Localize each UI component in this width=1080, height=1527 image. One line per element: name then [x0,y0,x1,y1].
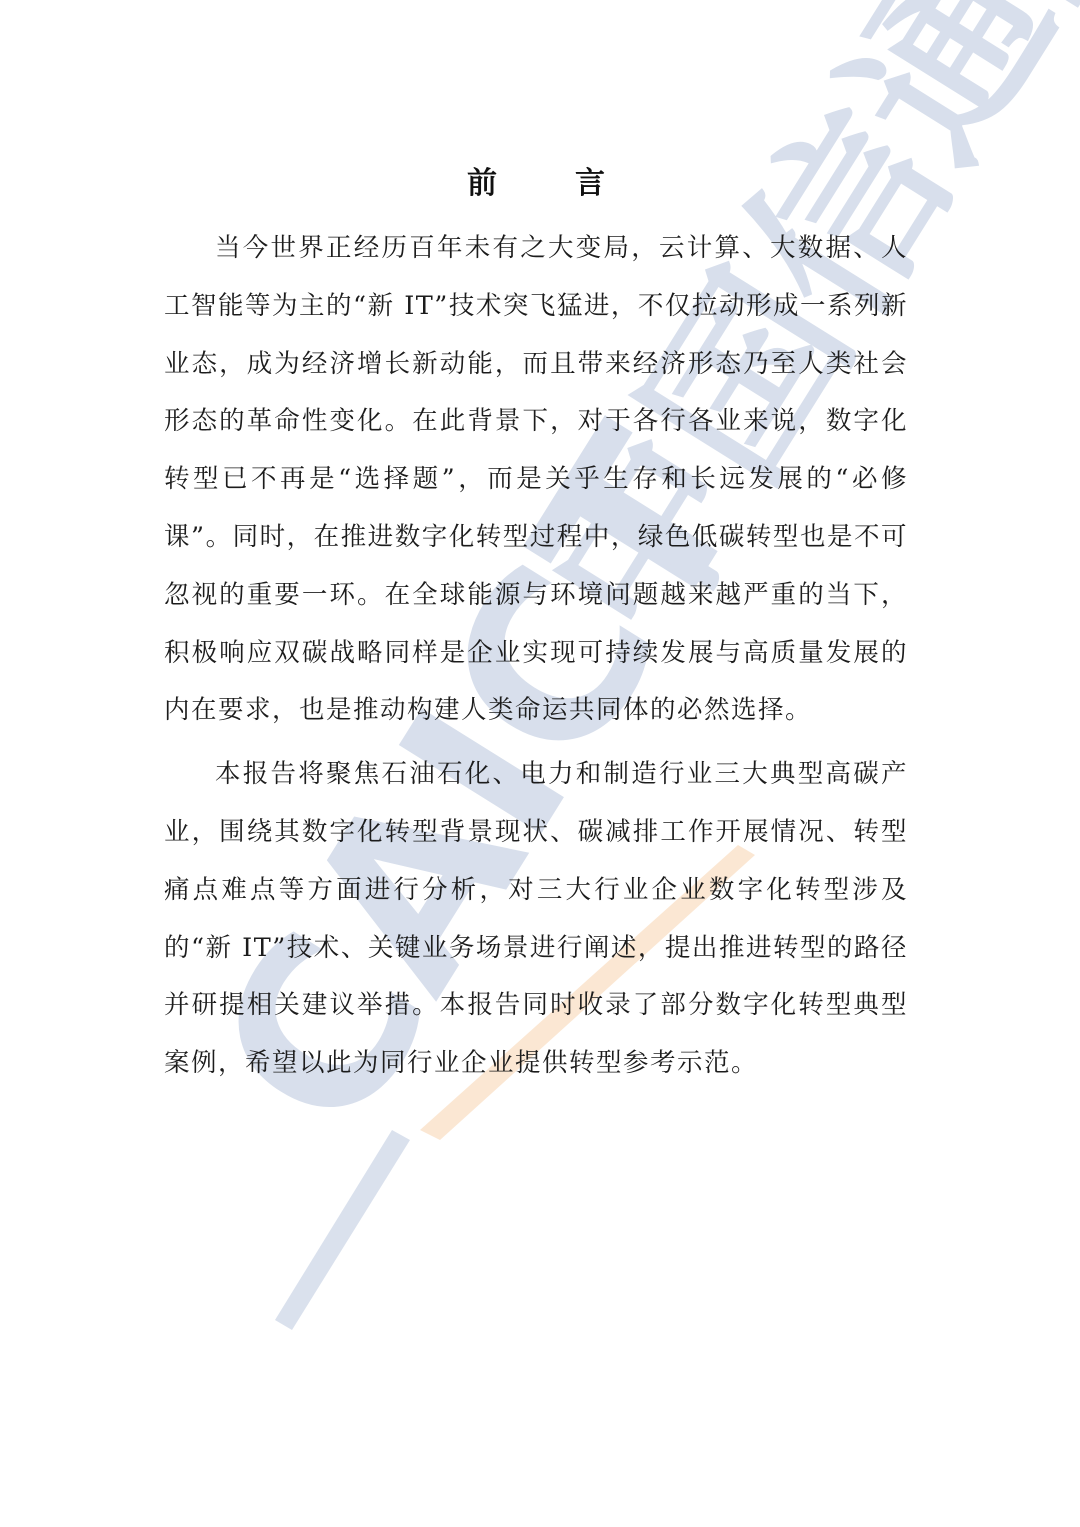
preface-paragraph-2: 本报告将聚焦石油石化、电力和制造行业三大典型高碳产业，围绕其数字化转型背景现状、… [164,746,908,1093]
document-page: 前 言 当今世界正经历百年未有之大变局，云计算、大数据、人工智能等为主的“新 I… [164,160,908,1093]
watermark-blue-stripe [275,1130,410,1330]
preface-paragraph-1: 当今世界正经历百年未有之大变局，云计算、大数据、人工智能等为主的“新 IT”技术… [164,220,908,740]
page-title: 前 言 [164,160,908,208]
